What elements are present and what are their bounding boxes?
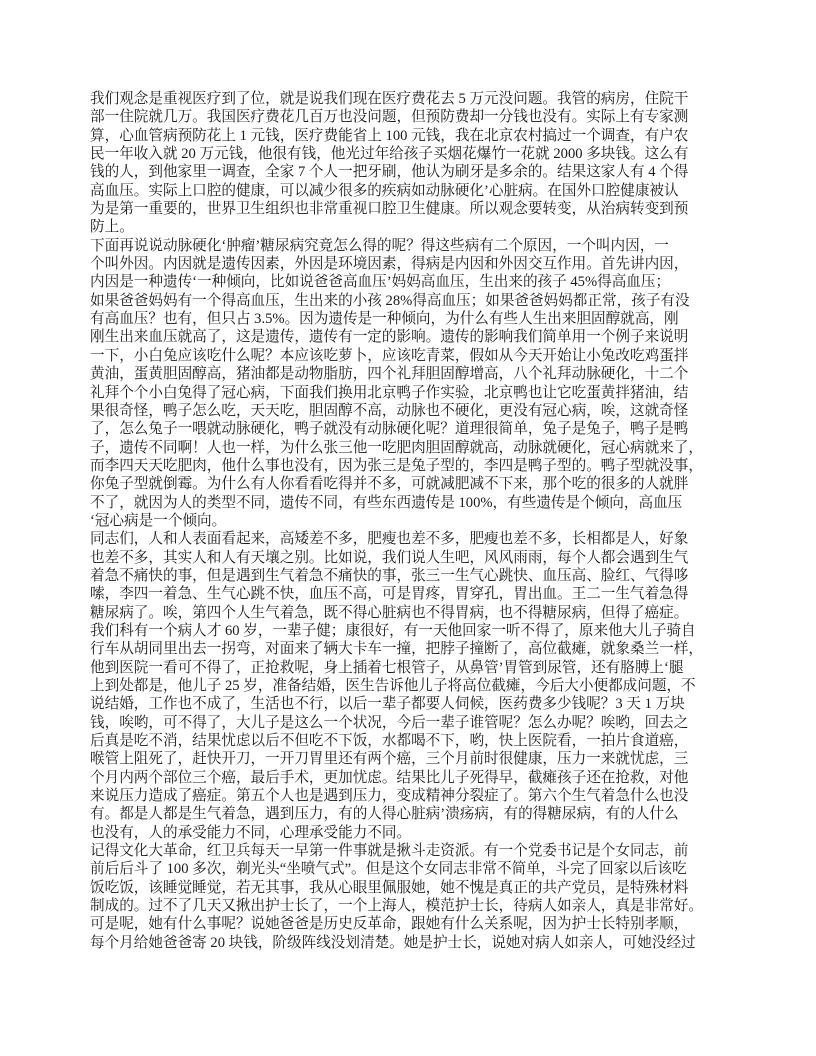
- text-line: 后真是吃不消，结果忧虑以后不但吃不下饭，水都喝不下，哟，快上医院看，一拍片食道癌…: [90, 732, 734, 750]
- text-line: 也差不多，其实人和人有天壤之别。比如说，我们说人生吧，风风雨雨，每个人都会遇到生…: [90, 549, 734, 567]
- text-line: 民一年收入就 20 万元钱，他很有钱，他光过年给孩子买烟花爆竹一花就 2000 …: [90, 145, 734, 163]
- text-line: 个月内两个部位三个癌，最后手术，更加忧虑。结果比儿子死得早，截瘫孩子还在抢救，对…: [90, 769, 734, 787]
- text-line: 也没有，人的承受能力不同，心理承受能力不同。: [90, 824, 734, 842]
- text-line: 他到医院一看可不得了，正抢救呢，身上插着七根管子，从鼻管’胃管到尿管，还有胳膊上…: [90, 659, 734, 677]
- text-line: 可是呢，她有什么事呢？说她爸爸是历史反革命，跟她有什么关系呢，因为护士长特别孝顺…: [90, 915, 734, 933]
- text-line: 同志们，人和人表面看起来，高矮差不多，肥瘦也差不多，肥瘦也差不多，长相都是人，好…: [90, 530, 734, 548]
- text-line: 一下，小白兔应该吃什么呢？本应该吃萝卜，应该吃青菜，假如从今天开始让小兔改吃鸡蛋…: [90, 347, 734, 365]
- text-line: 钱，唉哟，可不得了，大儿子是这么一个状况，今后一辈子谁管呢？怎么办呢？唉哟，回去…: [90, 714, 734, 732]
- text-line: 你兔子型就倒霉。为什么有人你看看吃得并不多，可就减肥减不下来，那个吃的很多的人就…: [90, 475, 734, 493]
- text-line: 礼拜个个小白兔得了冠心病，下面我们换用北京鸭子作实验，北京鸭也让它吃蛋黄拌猪油，…: [90, 384, 734, 402]
- text-line: 说结婚，工作也不成了，生活也不行，以后一辈子都要人伺候，医药费多少钱呢？3 天 …: [90, 695, 734, 713]
- text-line: 刚生出来血压就高了，这是遗传，遗传有一定的影响。遗传的影响我们简单用一个例子来说…: [90, 328, 734, 346]
- text-line: 行车从胡同里出去一拐弯，对面来了辆大卡车一撞，把脖子撞断了，高位截瘫，就象桑兰一…: [90, 640, 734, 658]
- text-line: 钱的人，到他家里一调查，全家 7 个人一把牙刷，他认为刷牙是多余的。结果这家人有…: [90, 163, 734, 181]
- text-line: 喉管上阻死了，赶快开刀，一开刀胃里还有两个癌，三个月前时很健康，压力一来就忧虑，…: [90, 750, 734, 768]
- text-line: 部一住院就几万。我国医疗费花几百万也没问题，但预防费却一分钱也没有。实际上有专家…: [90, 108, 734, 126]
- text-line: 记得文化大革命，红卫兵每天一早第一件事就是揪斗走资派。有一个党委书记是个女同志，…: [90, 842, 734, 860]
- text-line: 内因是一种遗传‘一种倾向，比如说爸爸高血压’妈妈高血压，生出来的孩子 45%得高…: [90, 273, 734, 291]
- text-line: 而李四天天吃肥肉，他什么事也没有，因为张三是兔子型的，李四是鸭子型的。鸭子型就没…: [90, 457, 734, 475]
- document-page: 我们观念是重视医疗到了位，就是说我们现在医疗费花去 5 万元没问题。我管的病房，…: [0, 0, 816, 1056]
- text-line: 高血压。实际上口腔的健康，可以减少很多的疾病如动脉硬化’心脏病。在国外口腔健康被…: [90, 182, 734, 200]
- text-line: 着急不痛快的事，但是遇到生气着急不痛快的事，张三一生气心跳快、血压高、脸红、气得…: [90, 567, 734, 585]
- text-line: 前后后斗了 100 多次，剃光头“坐喷气式”。但是这个女同志非常不简单，斗完了回…: [90, 860, 734, 878]
- text-line: 不了，就因为人的类型不同，遗传不同，有些东西遗传是 100%，有些遗传是个倾向，…: [90, 494, 734, 512]
- text-line: 有高血压？也有，但只占 3.5%。因为遗传是一种倾向，为什么有些人生出来胆固醇就…: [90, 310, 734, 328]
- paragraph-stress-reactions: 同志们，人和人表面看起来，高矮差不多，肥瘦也差不多，肥瘦也差不多，长相都是人，好…: [90, 530, 734, 842]
- text-line: 有。都是人都是生气着急，遇到压力，有的人得心脏病’溃疡病，有的得糖尿病，有的人什…: [90, 805, 734, 823]
- text-line: 如果爸爸妈妈有一个得高血压，生出来的小孩 28%得高血压；如果爸爸妈妈都正常，孩…: [90, 292, 734, 310]
- text-line: 果很奇怪，鸭子怎么吃，天天吃，胆固醇不高，动脉也不硬化，更没有冠心病，唉，这就奇…: [90, 402, 734, 420]
- text-line: 子，遗传不同啊！人也一样，为什么张三他一吃肥肉胆固醇就高，动脉就硬化，冠心病就来…: [90, 439, 734, 457]
- text-line: ‘冠心病是一个倾向。: [90, 512, 734, 530]
- text-line: 我们科有一个病人才 60 岁，一辈子健；康很好，有一天他回家一听不得了，原来他大…: [90, 622, 734, 640]
- paragraph-heredity: 下面再说说动脉硬化‘肿瘤’糖尿病究竟怎么得的呢？得这些病有二个原因，一个叫内因，…: [90, 237, 734, 531]
- text-line: 算，心血管病预防花上 1 元钱，医疗费能省上 100 元钱，我在北京农村搞过一个…: [90, 127, 734, 145]
- text-line: 每个月给她爸爸寄 20 块钱，阶级阵线没划清楚。她是护士长，说她对病人如亲人，可…: [90, 934, 734, 952]
- text-line: 嗦，李四一着急、生气心跳不快，血压不高，可是胃疼，胃穿孔，胃出血。王二一生气着急…: [90, 585, 734, 603]
- text-line: 了，怎么兔子一喂就动脉硬化，鸭子就没有动脉硬化呢？道理很简单，兔子是兔子，鸭子是…: [90, 420, 734, 438]
- text-line: 饭吃饭，该睡觉睡觉，若无其事，我从心眼里佩服她，她不愧是真正的共产党员，是特殊材…: [90, 879, 734, 897]
- text-line: 来说压力造成了癌症。第五个人也是遇到压力，变成精神分裂症了。第六个生气着急什么也…: [90, 787, 734, 805]
- text-line: 我们观念是重视医疗到了位，就是说我们现在医疗费花去 5 万元没问题。我管的病房，…: [90, 90, 734, 108]
- document-text: 我们观念是重视医疗到了位，就是说我们现在医疗费花去 5 万元没问题。我管的病房，…: [90, 90, 734, 952]
- text-line: 上到处都是，他儿子 25 岁，准备结婚，医生告诉他儿子将高位截瘫，今后大小便都成…: [90, 677, 734, 695]
- text-line: 为是第一重要的，世界卫生组织也非常重视口腔卫生健康。所以观念要转变，从治病转变到…: [90, 200, 734, 218]
- paragraph-cultural-revolution: 记得文化大革命，红卫兵每天一早第一件事就是揪斗走资派。有一个党委书记是个女同志，…: [90, 842, 734, 952]
- text-line: 糖尿病了。唉，第四个人生气着急，既不得心脏病也不得胃病，也不得糖尿病，但得了癌症…: [90, 604, 734, 622]
- paragraph-medical-spending: 我们观念是重视医疗到了位，就是说我们现在医疗费花去 5 万元没问题。我管的病房，…: [90, 90, 734, 237]
- text-line: 防上。: [90, 218, 734, 236]
- text-line: 下面再说说动脉硬化‘肿瘤’糖尿病究竟怎么得的呢？得这些病有二个原因，一个叫内因，…: [90, 237, 734, 255]
- text-line: 黄油，蛋黄胆固醇高，猪油都是动物脂肪，四个礼拜胆固醇增高，八个礼拜动脉硬化，十二…: [90, 365, 734, 383]
- text-line: 制成的。过不了几天又揪出护士长了，一个上海人，模范护士长，待病人如亲人，真是非常…: [90, 897, 734, 915]
- text-line: 个叫外因。内因就是遗传因素，外因是环境因素，得病是内因和外因交互作用。首先讲内因…: [90, 255, 734, 273]
